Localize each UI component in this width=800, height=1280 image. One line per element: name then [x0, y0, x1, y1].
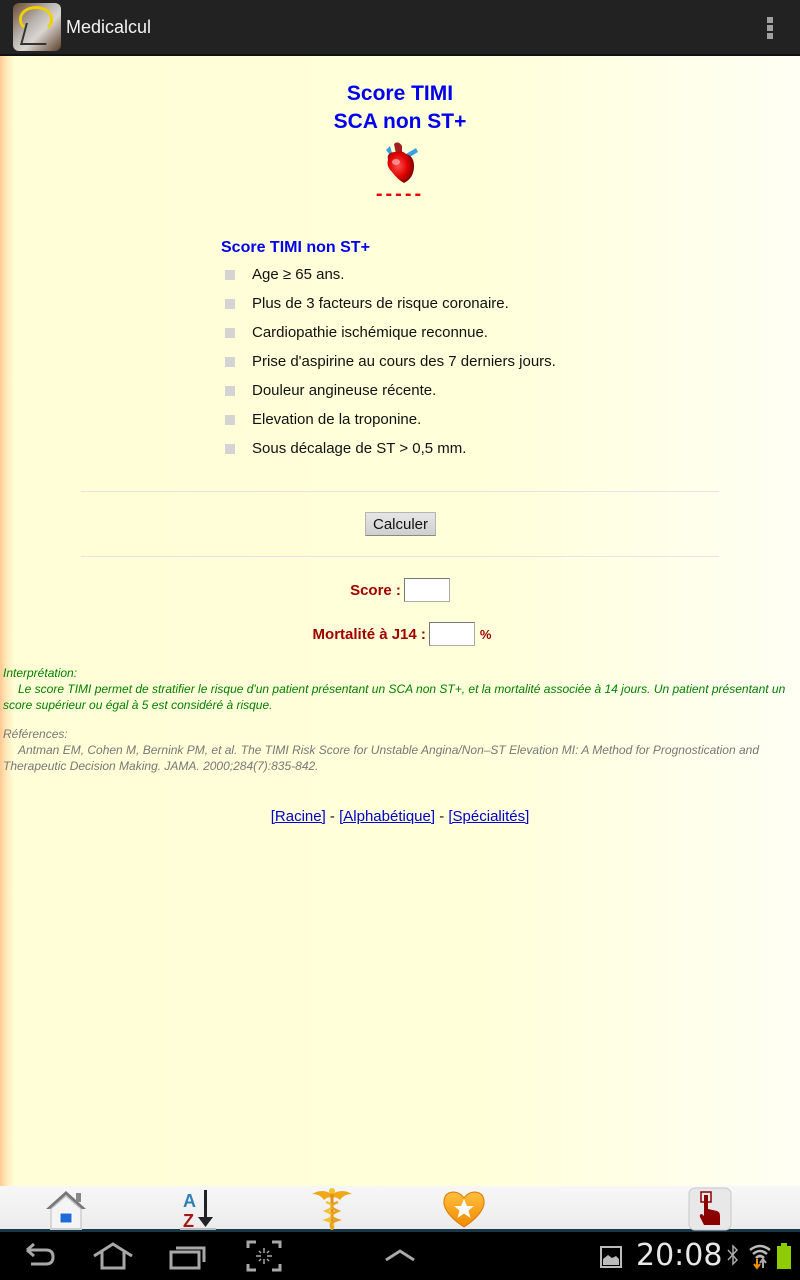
- bottom-toolbar: A Z: [0, 1186, 800, 1232]
- wifi-icon: [748, 1242, 772, 1270]
- checkbox[interactable]: [225, 386, 235, 396]
- back-icon[interactable]: [22, 1240, 56, 1272]
- clock: 20:08: [636, 1236, 722, 1276]
- battery-icon: [776, 1242, 792, 1270]
- divider: [81, 556, 719, 557]
- criterion-troponin[interactable]: Elevation de la troponine.: [221, 405, 556, 434]
- nav-links: [Racine] - [Alphabétique] - [Spécialités…: [0, 808, 800, 825]
- score-label: Score :: [350, 582, 401, 599]
- interpretation-heading: Interprétation:: [3, 665, 798, 681]
- score-row: Score :: [0, 578, 800, 602]
- criteria-list: Age ≥ 65 ans. Plus de 3 facteurs de risq…: [221, 260, 556, 463]
- criterion-known-cad[interactable]: Cardiopathie ischémique reconnue.: [221, 318, 556, 347]
- separator-dashes: -----: [0, 184, 800, 204]
- toolbar-alphabetical-button[interactable]: A Z: [168, 1186, 228, 1232]
- checkbox[interactable]: [225, 444, 235, 454]
- mortality-row: Mortalité à J14 : %: [0, 622, 800, 646]
- bluetooth-icon: [726, 1244, 740, 1268]
- heart-icon: [380, 140, 420, 184]
- recent-apps-icon[interactable]: [168, 1240, 208, 1272]
- system-bar: 20:08: [0, 1232, 800, 1280]
- calculate-button[interactable]: Calculer: [365, 512, 436, 536]
- caduceus-icon: [308, 1186, 356, 1232]
- touch-hand-icon: [687, 1187, 733, 1231]
- svg-text:A: A: [183, 1191, 196, 1211]
- checkbox[interactable]: [225, 270, 235, 280]
- page-header: Score TIMI SCA non ST+ -----: [0, 80, 800, 204]
- criteria-title: Score TIMI non ST+: [221, 238, 556, 258]
- screenshot-icon[interactable]: [246, 1240, 282, 1272]
- toolbar-favorites-button[interactable]: [434, 1186, 494, 1232]
- toolbar-home-button[interactable]: [36, 1186, 96, 1232]
- mortality-field[interactable]: [429, 622, 475, 646]
- page-title: Score TIMI: [0, 80, 800, 108]
- stethoscope-app-icon[interactable]: [13, 3, 61, 51]
- references: Références: Antman EM, Cohen M, Bernink …: [3, 726, 798, 774]
- link-racine[interactable]: [Racine]: [271, 808, 326, 825]
- app-title: Medicalcul: [66, 17, 151, 38]
- heart-star-icon: [440, 1187, 488, 1231]
- home-nav-icon[interactable]: [92, 1240, 134, 1272]
- interpretation-text: Le score TIMI permet de stratifier le ri…: [3, 681, 798, 713]
- checkbox[interactable]: [225, 299, 235, 309]
- checkbox[interactable]: [225, 328, 235, 338]
- webview-content[interactable]: Score TIMI SCA non ST+ ----- Score TIMI …: [0, 56, 800, 1186]
- references-text: Antman EM, Cohen M, Bernink PM, et al. T…: [3, 742, 798, 774]
- link-separator: -: [326, 808, 339, 825]
- chevron-up-icon[interactable]: [384, 1240, 416, 1272]
- divider: [81, 491, 719, 492]
- criterion-st-depression[interactable]: Sous décalage de ST > 0,5 mm.: [221, 434, 556, 463]
- home-icon: [42, 1187, 90, 1231]
- toolbar-touch-button[interactable]: [680, 1186, 740, 1232]
- link-separator: -: [435, 808, 448, 825]
- percent-unit: %: [480, 627, 492, 642]
- criteria-section: Score TIMI non ST+ Age ≥ 65 ans. Plus de…: [221, 238, 556, 463]
- link-specialites[interactable]: [Spécialités]: [448, 808, 529, 825]
- gallery-notification-icon[interactable]: [600, 1246, 622, 1268]
- mortality-label: Mortalité à J14 :: [313, 626, 426, 643]
- page-subtitle: SCA non ST+: [0, 108, 800, 136]
- sort-az-icon: A Z: [174, 1187, 222, 1231]
- checkbox[interactable]: [225, 357, 235, 367]
- criterion-age[interactable]: Age ≥ 65 ans.: [221, 260, 556, 289]
- toolbar-specialties-button[interactable]: [302, 1186, 362, 1232]
- criterion-risk-factors[interactable]: Plus de 3 facteurs de risque coronaire.: [221, 289, 556, 318]
- action-bar: Medicalcul: [0, 0, 800, 56]
- criterion-aspirin[interactable]: Prise d'aspirine au cours des 7 derniers…: [221, 347, 556, 376]
- checkbox[interactable]: [225, 415, 235, 425]
- link-alphabetique[interactable]: [Alphabétique]: [339, 808, 435, 825]
- overflow-menu-icon[interactable]: [767, 17, 773, 39]
- interpretation: Interprétation: Le score TIMI permet de …: [3, 665, 798, 713]
- score-field[interactable]: [404, 578, 450, 602]
- criterion-angina[interactable]: Douleur angineuse récente.: [221, 376, 556, 405]
- references-heading: Références:: [3, 726, 798, 742]
